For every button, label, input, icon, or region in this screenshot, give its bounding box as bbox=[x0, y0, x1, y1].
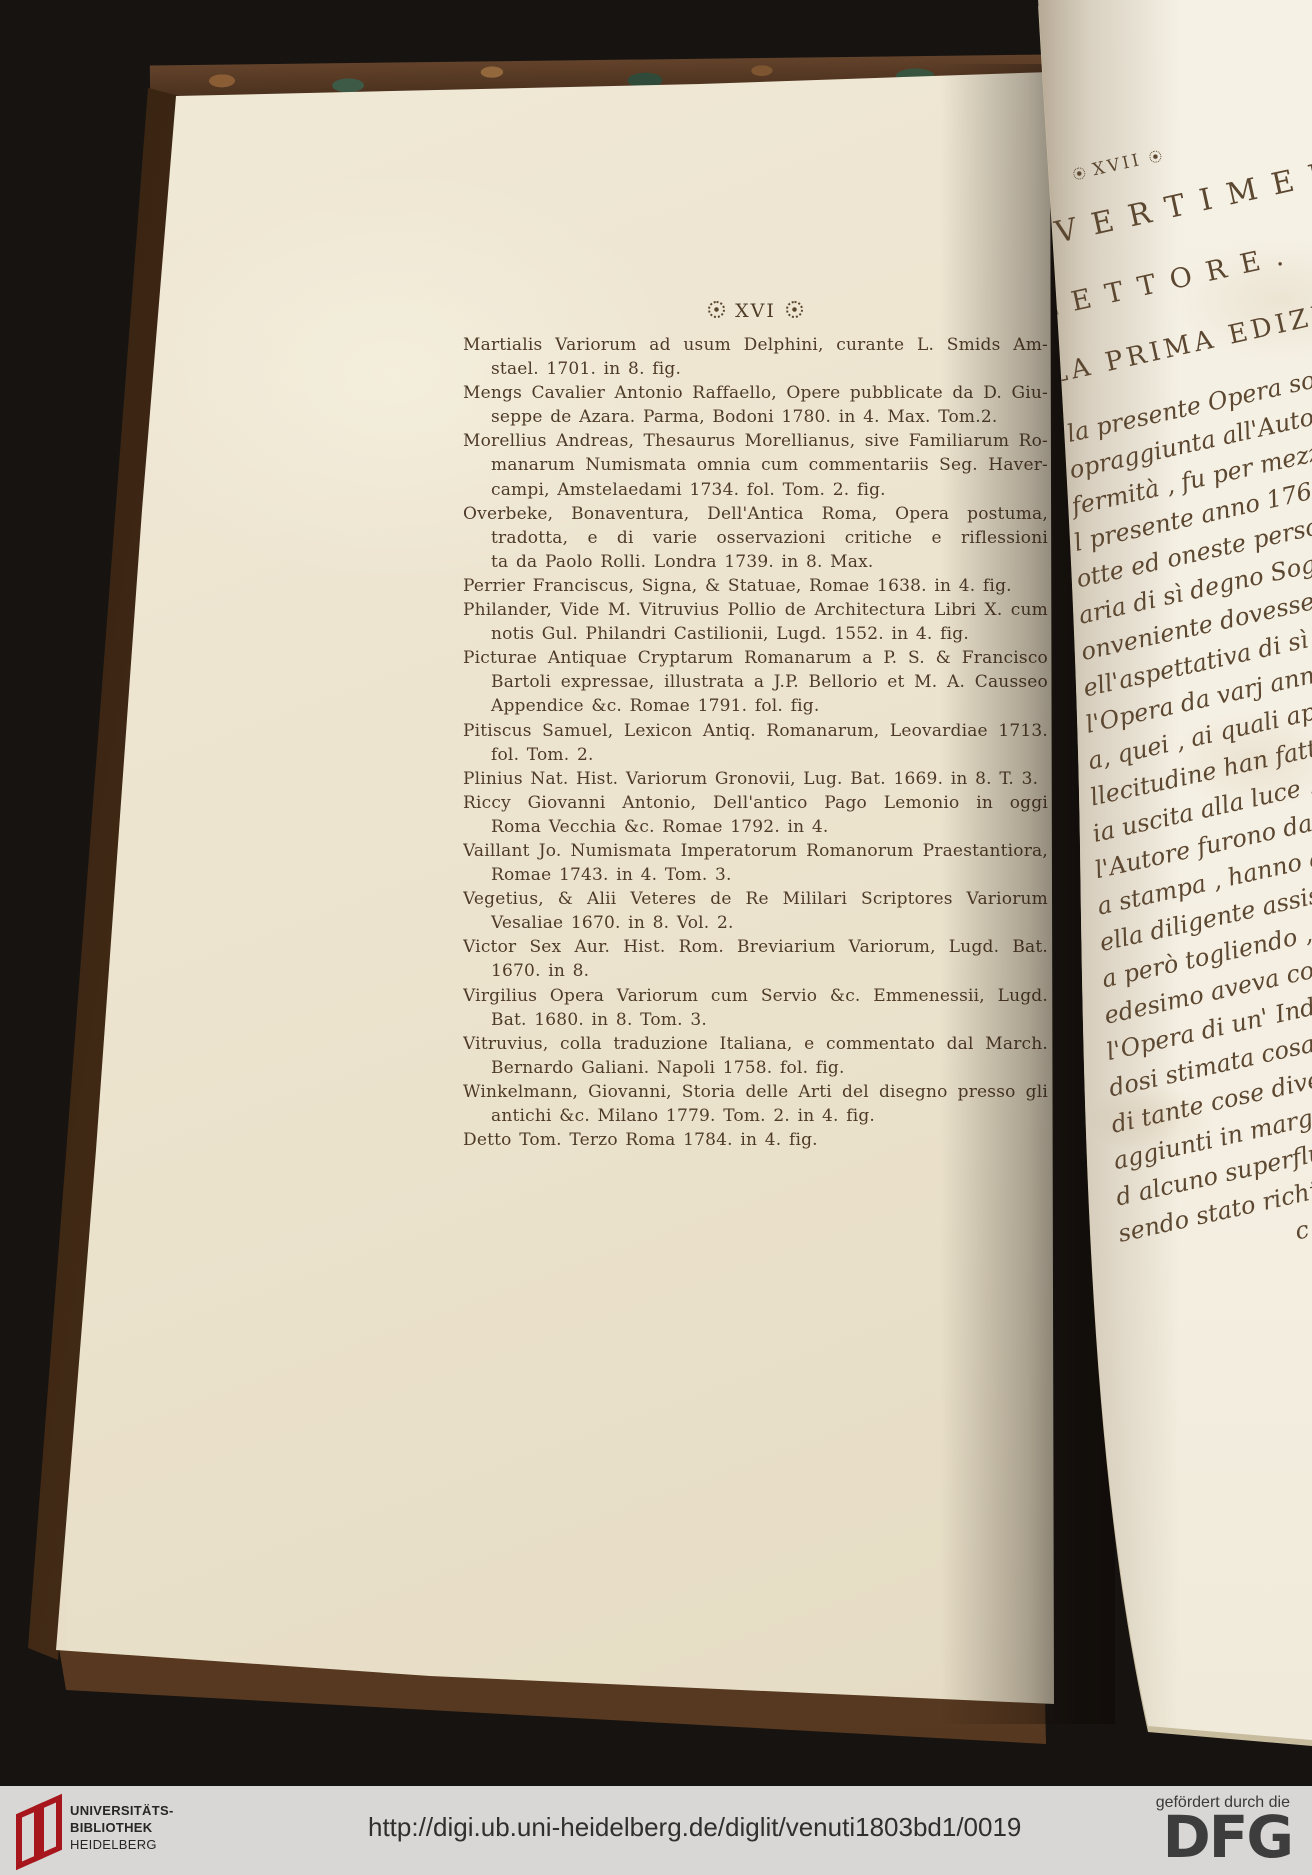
footer-bar: UNIVERSITÄTS- BIBLIOTHEK HEIDELBERG http… bbox=[0, 1786, 1312, 1875]
library-name-line: BIBLIOTHEK bbox=[70, 1819, 174, 1836]
right-page-header: XVII bbox=[1063, 38, 1312, 187]
right-page-number: XVII bbox=[1091, 150, 1144, 180]
left-page-number: XVI bbox=[735, 300, 776, 322]
rosette-icon bbox=[786, 301, 803, 318]
library-name-line: UNIVERSITÄTS- bbox=[70, 1802, 174, 1819]
book-shape-icon bbox=[34, 1794, 62, 1862]
library-logo-icon bbox=[14, 1796, 62, 1864]
rosette-icon bbox=[708, 301, 725, 318]
dfg-logo: DFG bbox=[1163, 1808, 1292, 1866]
scanned-book-viewer: { "page_left": { "page_number": "XVI", "… bbox=[0, 0, 1312, 1875]
document-url: http://digi.ub.uni-heidelberg.de/diglit/… bbox=[368, 1812, 1021, 1843]
rosette-icon bbox=[1072, 166, 1086, 180]
right-page-body: la presente Opera sotto il Toropraggiunt… bbox=[1093, 276, 1312, 1254]
library-name-line: HEIDELBERG bbox=[70, 1836, 174, 1853]
library-name: UNIVERSITÄTS- BIBLIOTHEK HEIDELBERG bbox=[70, 1802, 174, 1853]
rosette-icon bbox=[1148, 150, 1162, 164]
